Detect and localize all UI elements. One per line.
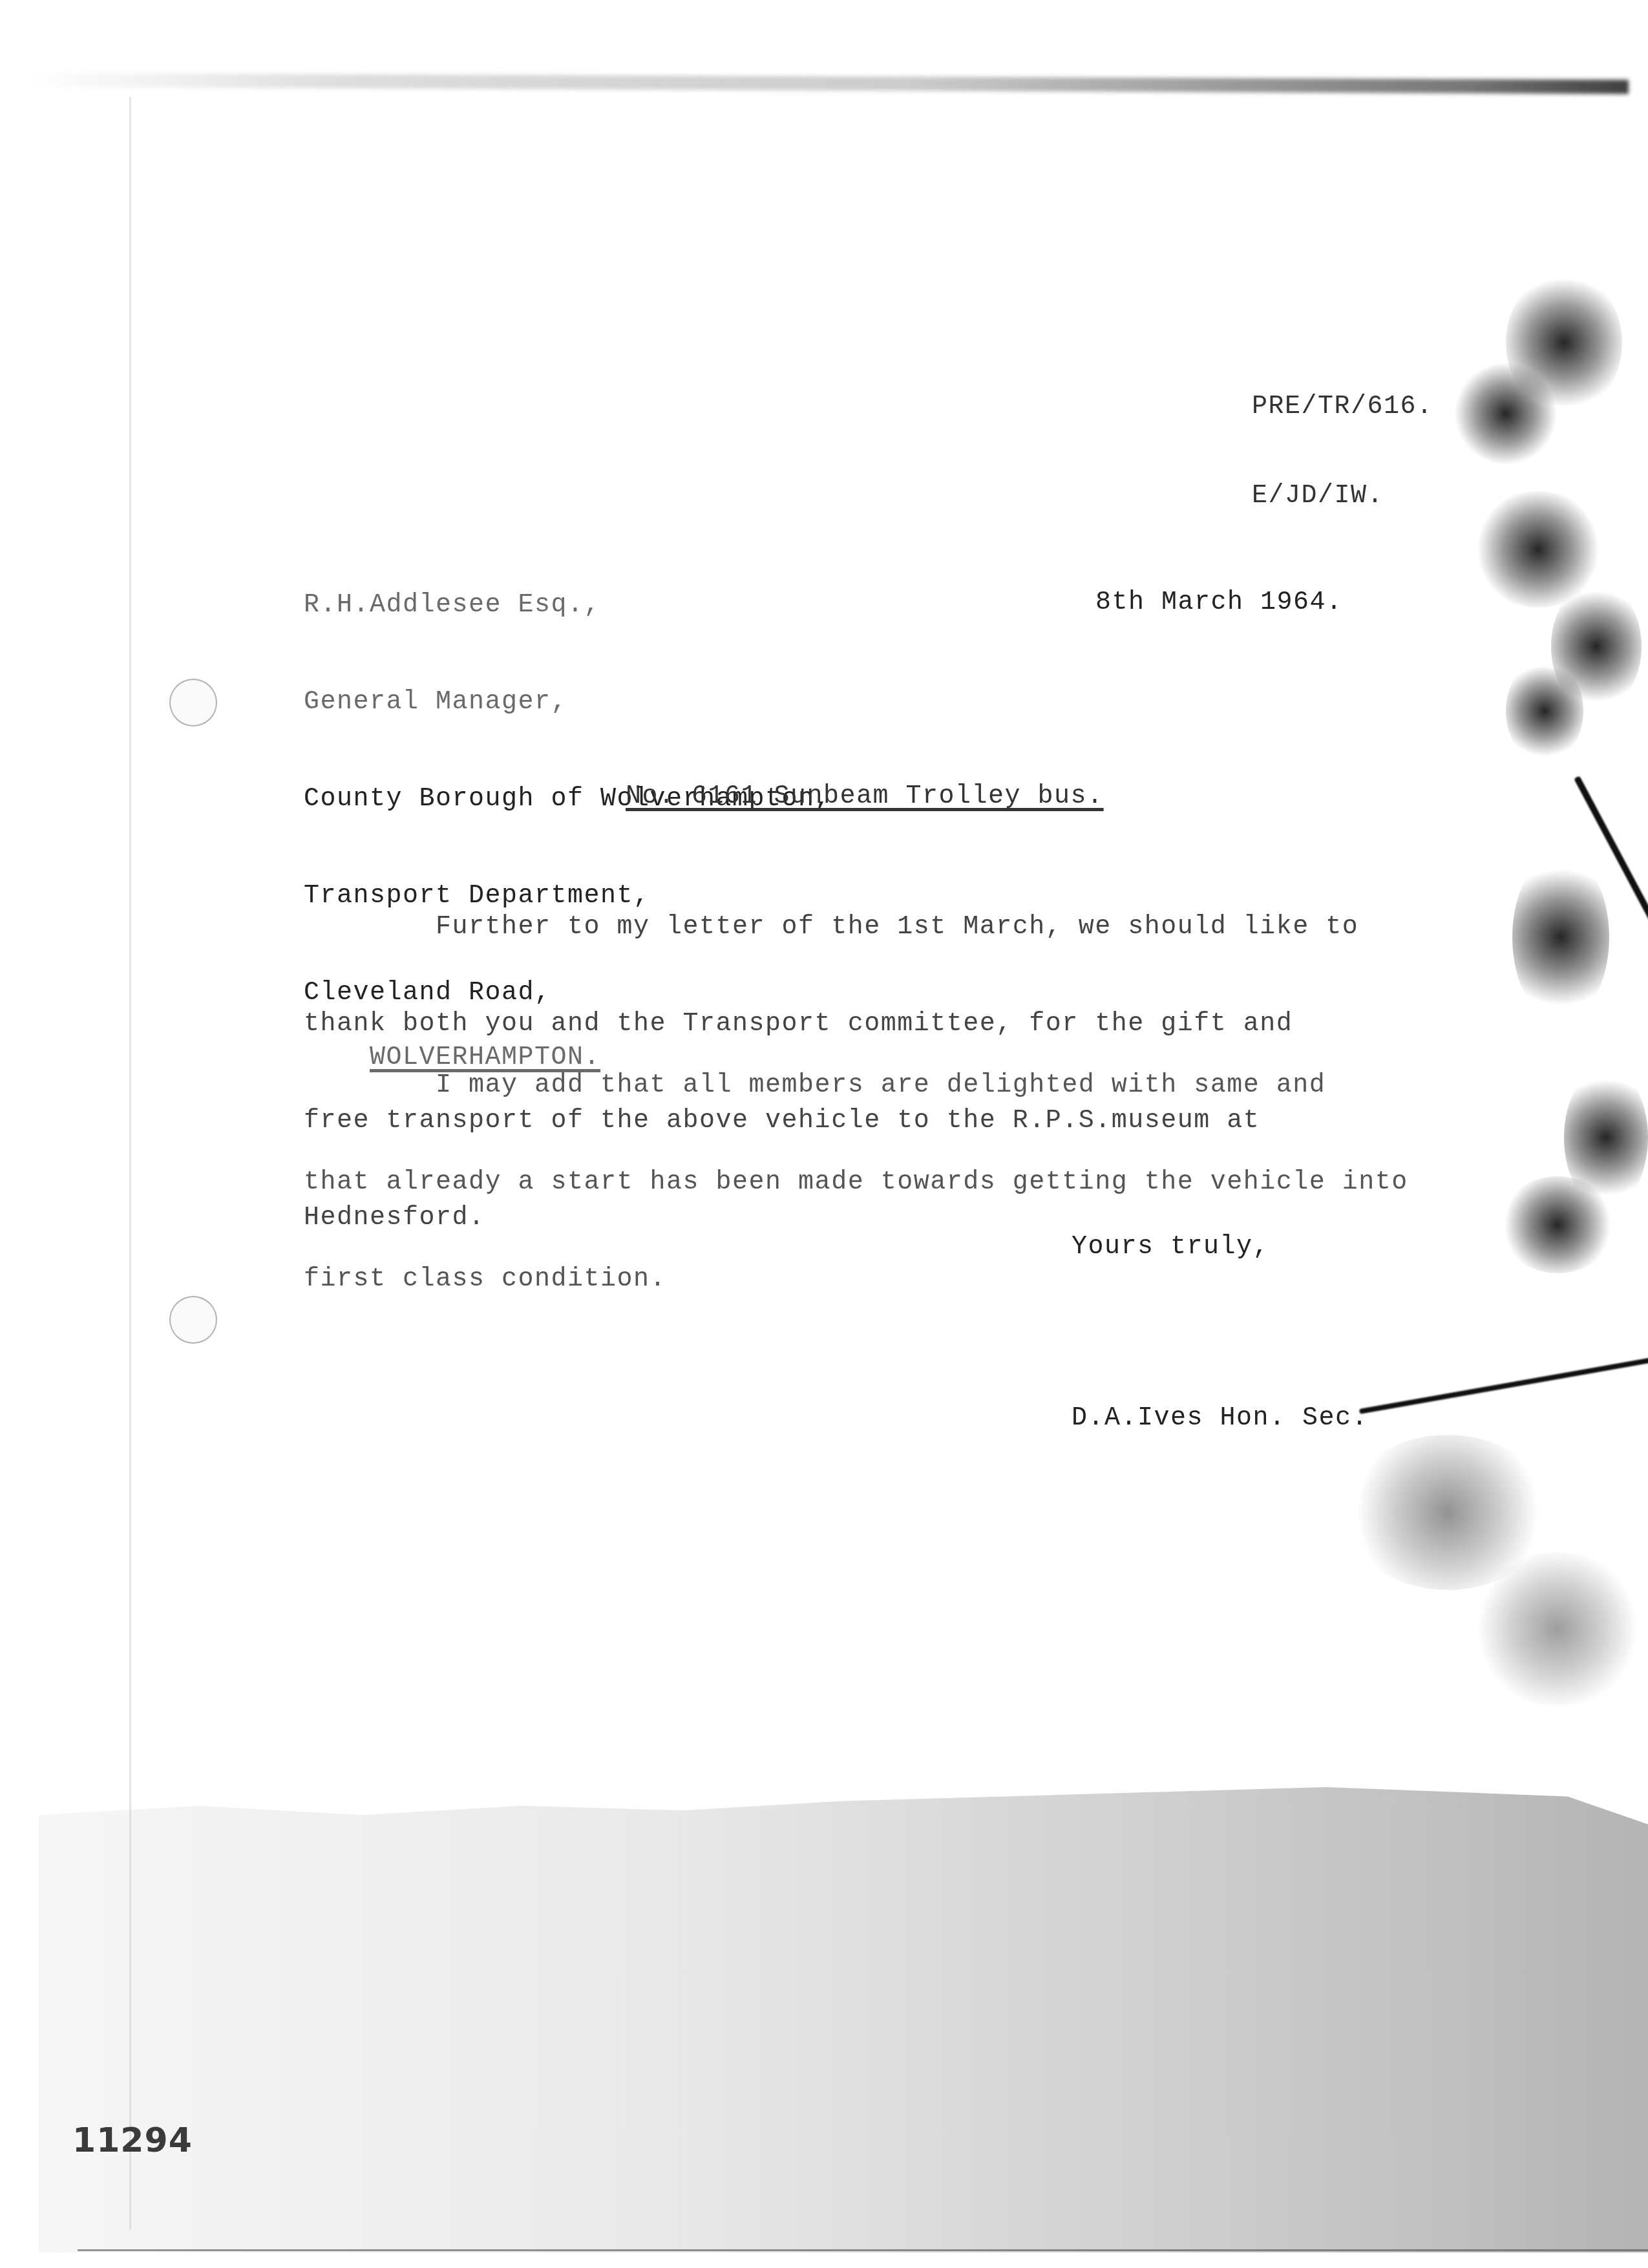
punch-hole-top [169, 679, 217, 726]
scan-streak [26, 73, 1629, 94]
scanned-letter-page: PRE/TR/616. E/JD/IW. R.H.Addlesee Esq., … [0, 0, 1648, 2268]
ink-stain [1474, 1551, 1642, 1706]
ink-stain [1512, 853, 1609, 1021]
letter-signature: D.A.Ives Hon. Sec. [1072, 1403, 1368, 1435]
body-paragraph-2: I may add that all members are delighted… [304, 1005, 1408, 1361]
paper-crease [1359, 1357, 1648, 1414]
ink-stain [1454, 362, 1558, 465]
body-line: I may add that all members are delighted… [304, 1070, 1408, 1102]
scan-shadow [39, 1787, 1648, 2252]
body-line: Further to my letter of the 1st March, w… [304, 911, 1358, 944]
body-line: that already a start has been made towar… [304, 1167, 1408, 1199]
paper-bottom-edge [78, 2249, 1648, 2251]
recipient-name: R.H.Addlesee Esq., [304, 589, 831, 622]
archive-number: 11294 [72, 2121, 193, 2160]
ink-stain [1499, 1176, 1616, 1273]
reference-line-2: E/JD/IW. [1252, 482, 1433, 511]
recipient-title: General Manager, [304, 686, 831, 719]
reference-line-1: PRE/TR/616. [1252, 392, 1433, 422]
ink-stain [1506, 659, 1583, 763]
letter-subject: No. 6161 Sunbeam Trolley bus. [626, 781, 1104, 813]
reference-block: PRE/TR/616. E/JD/IW. [1252, 333, 1433, 571]
letter-date: 8th March 1964. [1095, 587, 1343, 619]
punch-hole-bottom [169, 1296, 217, 1344]
letter-closing: Yours truly, [1072, 1231, 1269, 1264]
body-line: first class condition. [304, 1264, 1408, 1296]
